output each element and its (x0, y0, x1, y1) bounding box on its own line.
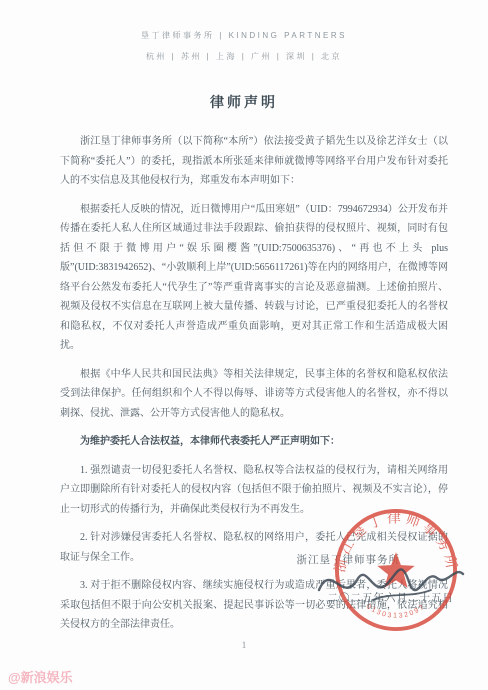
sina-entertainment-watermark: @新浪娱乐 (8, 667, 73, 686)
letterhead: 垦丁律师事务所 | KINDING PARTNERS 杭州 | 苏州 | 上海 … (0, 0, 488, 62)
page-number: 1 (0, 640, 488, 650)
document-title: 律师声明 (0, 92, 488, 112)
paragraph-declaration-heading: 为维护委托人合法权益，本律师代表委托人严正声明如下： (60, 432, 448, 452)
firm-name-header: 垦丁律师事务所 | KINDING PARTNERS (0, 30, 488, 41)
paragraph-intro: 浙江垦丁律师事务所（以下简称“本所”）依法接受黄子韬先生以及徐艺洋女士（以下简称… (60, 132, 448, 191)
firm-cities: 杭州 | 苏州 | 上海 | 广州 | 深圳 | 北京 (0, 51, 488, 62)
lawyer-statement-document: 垦丁律师事务所 | KINDING PARTNERS 杭州 | 苏州 | 上海 … (0, 0, 488, 690)
paragraph-facts: 根据委托人反映的情况，近日微博用户“瓜田寒妞”（UID：7994672934）公… (60, 200, 448, 356)
paragraph-law: 根据《中华人民共和国民法典》等相关法律规定，民事主体的名誉权和隐私权依法受到法律… (60, 365, 448, 424)
handwritten-signature (313, 548, 468, 620)
